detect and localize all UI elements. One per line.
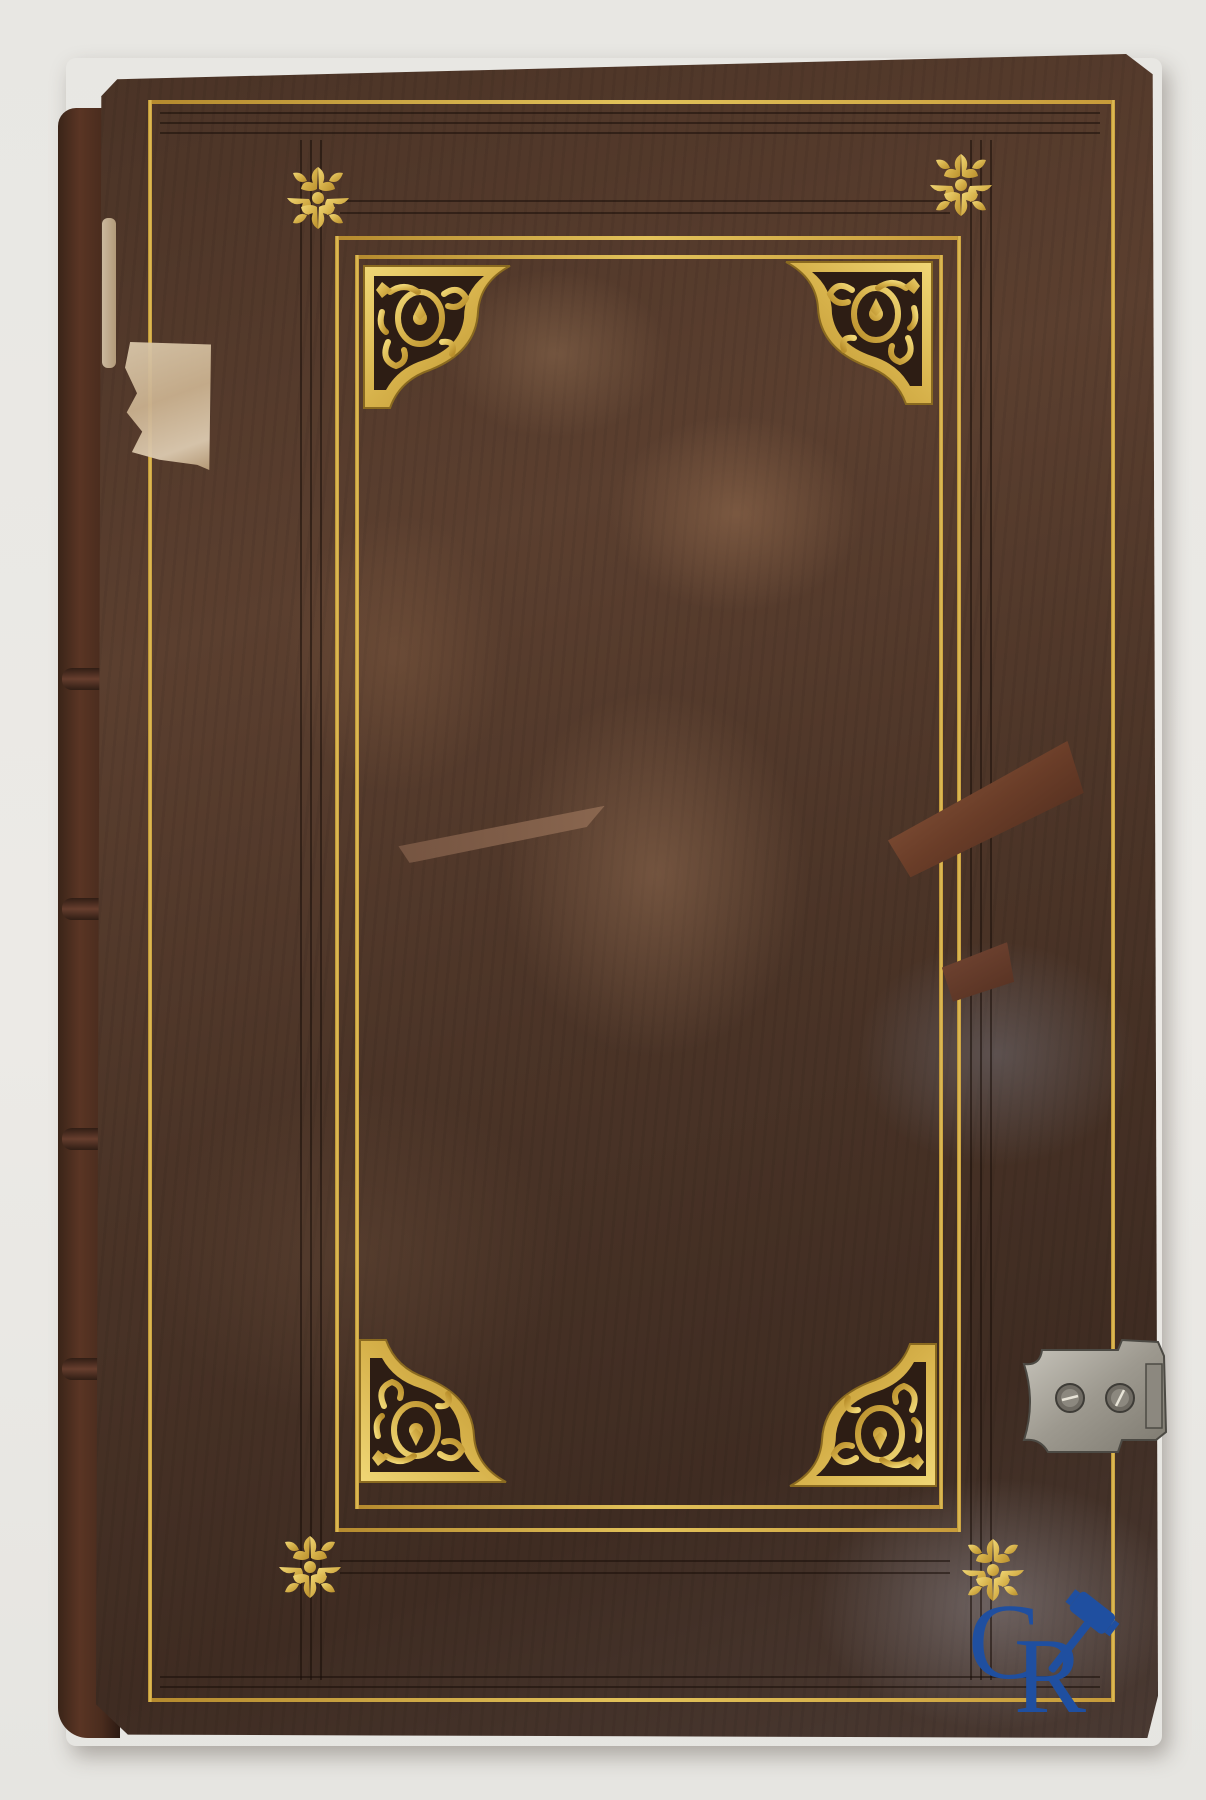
corner-piece-bottom-left [356,1336,516,1486]
auction-house-logo: C R [966,1578,1146,1718]
spine-paper-label [125,342,211,470]
fleuron-top-left [283,163,353,233]
fleuron-top-right [926,150,996,220]
clasp-screw-icon [1106,1384,1134,1412]
book-front-cover [96,54,1158,1738]
spine-paper-remnant [102,218,116,368]
corner-piece-bottom-right [780,1340,940,1490]
metal-clasp [1018,1336,1168,1460]
fleuron-bottom-left [275,1532,345,1602]
clasp-screw-icon [1056,1384,1084,1412]
corner-piece-top-left [360,262,520,412]
corner-piece-top-right [776,258,936,408]
